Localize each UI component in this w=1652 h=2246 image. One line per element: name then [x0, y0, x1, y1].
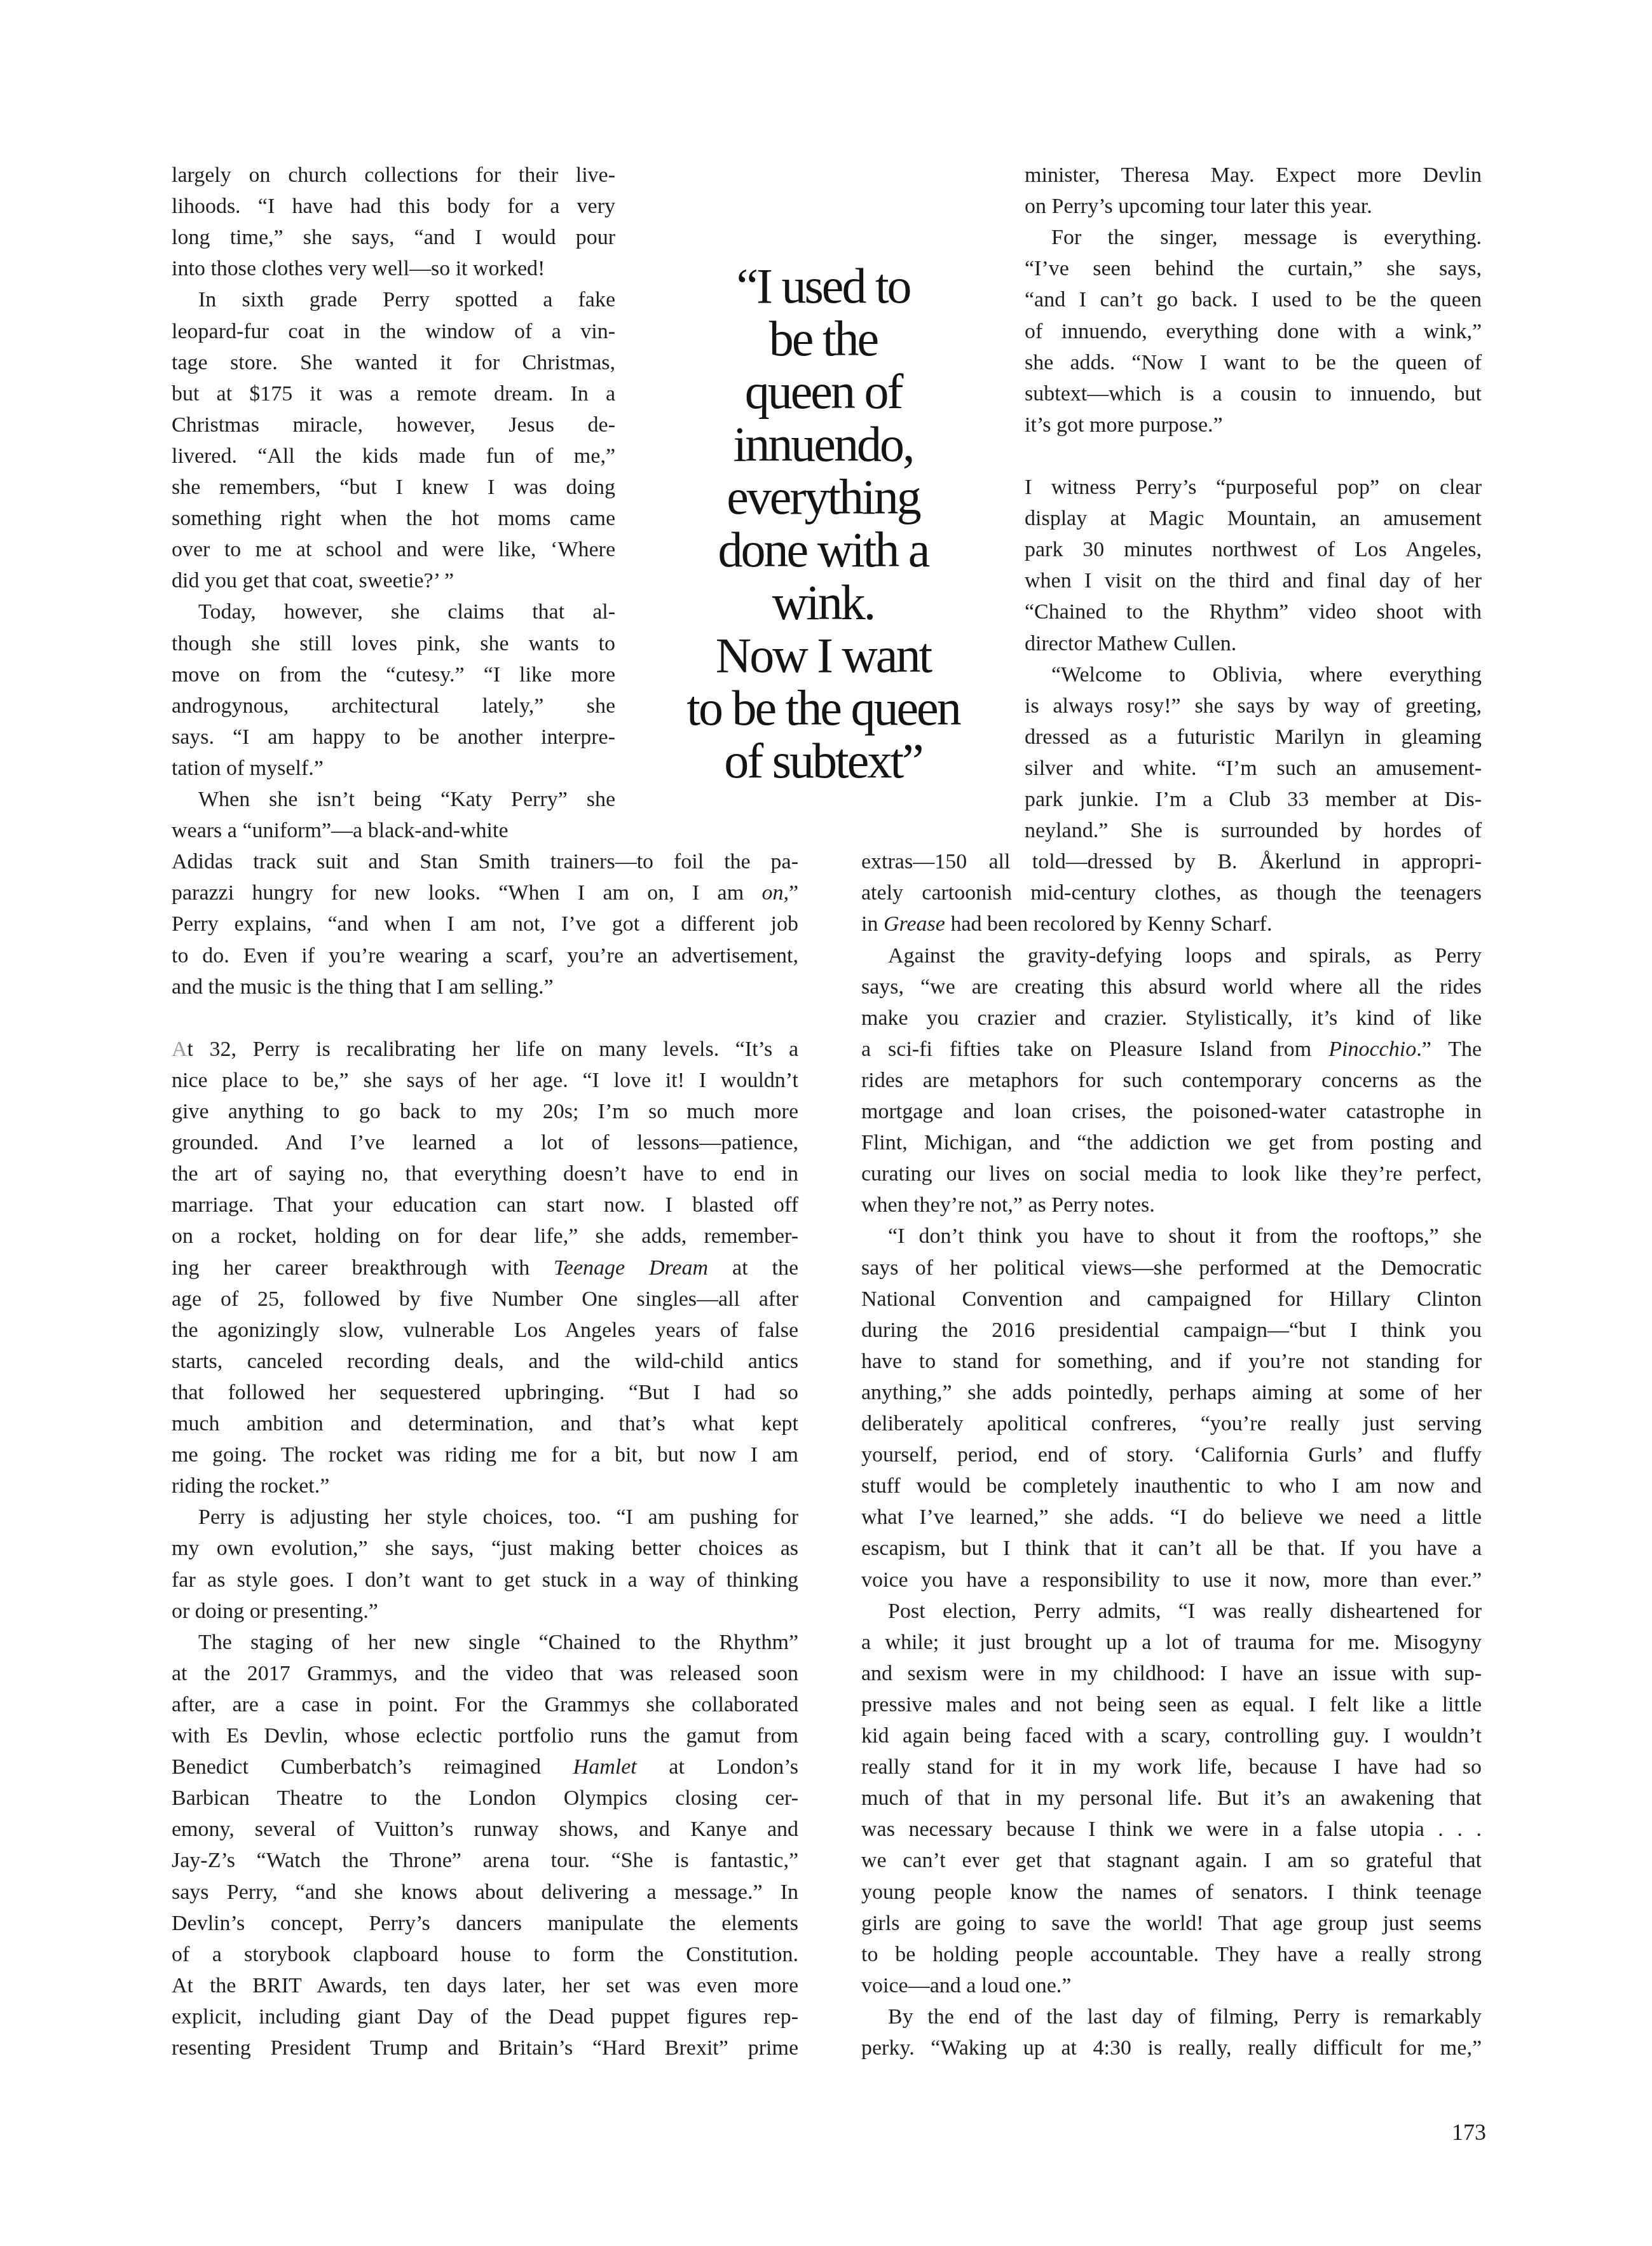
text-line: says. “I am happy to be another interpre…: [172, 725, 615, 756]
text-line: Benedict Cumberbatch’s reimagined Hamlet…: [172, 1755, 798, 1786]
text-line: on Perry’s upcoming tour later this year…: [1025, 194, 1482, 225]
text-line: and sexism were in my childhood: I have …: [861, 1661, 1482, 1692]
text-line: largely on church collections for their …: [172, 163, 615, 194]
text-line: really stand for it in my work life, bec…: [861, 1755, 1482, 1786]
text-line: lihoods. “I have had this body for a ver…: [172, 194, 615, 225]
text-line: my own evolution,” she says, “just makin…: [172, 1536, 798, 1567]
text-line: director Mathew Cullen.: [1025, 631, 1482, 662]
text-line: when they’re not,” as Perry notes.: [861, 1193, 1482, 1224]
pull-quote-line: of subtext”: [674, 734, 973, 787]
text-line: pressive males and not being seen as equ…: [861, 1692, 1482, 1723]
text-line: In sixth grade Perry spotted a fake: [172, 287, 615, 318]
text-line: or doing or presenting.”: [172, 1599, 798, 1630]
text-line: ing her career breakthrough with Teenage…: [172, 1256, 798, 1287]
text-line: tage store. She wanted it for Christmas,: [172, 350, 615, 381]
text-line: with Es Devlin, whose eclectic portfolio…: [172, 1723, 798, 1755]
text-line: and the music is the thing that I am sel…: [172, 975, 798, 1006]
text-line: National Convention and campaigned for H…: [861, 1287, 1482, 1318]
text-line: it’s got more purpose.”: [1025, 413, 1482, 444]
text-line: says of her political views—she performe…: [861, 1256, 1482, 1287]
text-line: but at $175 it was a remote dream. In a: [172, 381, 615, 413]
pull-quote-line: “I used to: [674, 259, 973, 312]
text-line: Flint, Michigan, and “the addiction we g…: [861, 1130, 1482, 1161]
text-line: For the singer, message is everything.: [1025, 225, 1482, 256]
text-line: Perry explains, “and when I am not, I’ve…: [172, 912, 798, 943]
text-line: When she isn’t being “Katy Perry” she: [172, 787, 615, 818]
text-line: a sci-fi fifties take on Pleasure Island…: [861, 1037, 1482, 1068]
text-line: I witness Perry’s “purposeful pop” on cl…: [1025, 475, 1482, 506]
text-line: over to me at school and were like, ‘Whe…: [172, 537, 615, 568]
text-line: much ambition and determination, and tha…: [172, 1411, 798, 1442]
text-line: stuff would be completely inauthentic to…: [861, 1474, 1482, 1505]
text-line: resenting President Trump and Britain’s …: [172, 2036, 798, 2067]
text-line: subtext—which is a cousin to innuendo, b…: [1025, 381, 1482, 413]
text-line: says Perry, “and she knows about deliver…: [172, 1880, 798, 1911]
text-line: have to stand for something, and if you’…: [861, 1349, 1482, 1380]
text-line: extras—150 all told—dressed by B. Åkerlu…: [861, 849, 1482, 880]
text-line: much of that in my personal life. But it…: [861, 1786, 1482, 1817]
text-line: starts, canceled recording deals, and th…: [172, 1349, 798, 1380]
text-line: though she still loves pink, she wants t…: [172, 631, 615, 662]
text-line: Jay-Z’s “Watch the Throne” arena tour. “…: [172, 1848, 798, 1879]
text-line: in Grease had been recolored by Kenny Sc…: [861, 912, 1482, 943]
text-line: Devlin’s concept, Perry’s dancers manipu…: [172, 1911, 798, 1942]
text-line: The staging of her new single “Chained t…: [172, 1630, 798, 1661]
text-line: Barbican Theatre to the London Olympics …: [172, 1786, 798, 1817]
text-line: Perry is adjusting her style choices, to…: [172, 1505, 798, 1536]
text-line: ately cartoonish mid-century clothes, as…: [861, 880, 1482, 912]
text-line: explicit, including giant Day of the Dea…: [172, 2004, 798, 2036]
text-line: dressed as a futuristic Marilyn in gleam…: [1025, 725, 1482, 756]
text-line: Today, however, she claims that al-: [172, 599, 615, 631]
text-line: livered. “All the kids made fun of me,”: [172, 444, 615, 475]
text-line: of a storybook clapboard house to form t…: [172, 1942, 798, 1973]
text-line: was necessary because I think we were in…: [861, 1817, 1482, 1848]
text-line: Post election, Perry admits, “I was real…: [861, 1599, 1482, 1630]
magazine-page: largely on church collections for their …: [0, 0, 1652, 2246]
text-line: grounded. And I’ve learned a lot of less…: [172, 1130, 798, 1161]
pull-quote-line: to be the queen: [674, 681, 973, 734]
text-line: girls are going to save the world! That …: [861, 1911, 1482, 1942]
text-line: Christmas miracle, however, Jesus de-: [172, 413, 615, 444]
text-line: during the 2016 presidential campaign—“b…: [861, 1318, 1482, 1349]
pull-quote-line: wink.: [674, 576, 973, 629]
text-line: that followed her sequestered upbringing…: [172, 1380, 798, 1411]
text-line: the art of saying no, that everything do…: [172, 1161, 798, 1193]
text-line: nice place to be,” she says of her age. …: [172, 1068, 798, 1099]
text-line: riding the rocket.”: [172, 1474, 798, 1505]
pull-quote-line: innuendo,: [674, 418, 973, 470]
text-line: “I’ve seen behind the curtain,” she says…: [1025, 256, 1482, 287]
text-line: is always rosy!” she says by way of gree…: [1025, 694, 1482, 725]
text-line: make you crazier and crazier. Stylistica…: [861, 1006, 1482, 1037]
text-line: the agonizingly slow, vulnerable Los Ang…: [172, 1318, 798, 1349]
text-line: leopard-fur coat in the window of a vin-: [172, 319, 615, 350]
text-line: Against the gravity-defying loops and sp…: [861, 943, 1482, 975]
text-line: perky. “Waking up at 4:30 is really, rea…: [861, 2036, 1482, 2067]
text-line: marriage. That your education can start …: [172, 1193, 798, 1224]
text-line: something right when the hot moms came: [172, 506, 615, 537]
text-line: she remembers, “but I knew I was doing: [172, 475, 615, 506]
text-line: me going. The rocket was riding me for a…: [172, 1442, 798, 1474]
text-line: parazzi hungry for new looks. “When I am…: [172, 880, 798, 912]
text-line: park junkie. I’m a Club 33 member at Dis…: [1025, 787, 1482, 818]
text-line: to do. Even if you’re wearing a scarf, y…: [172, 943, 798, 975]
text-line: Adidas track suit and Stan Smith trainer…: [172, 849, 798, 880]
text-line: to be holding people accountable. They h…: [861, 1942, 1482, 1973]
text-line: At the BRIT Awards, ten days later, her …: [172, 1973, 798, 2004]
text-line: kid again being faced with a scary, cont…: [861, 1723, 1482, 1755]
text-line: park 30 minutes northwest of Los Angeles…: [1025, 537, 1482, 568]
text-line: display at Magic Mountain, an amusement: [1025, 506, 1482, 537]
text-line: deliberately apolitical confreres, “you’…: [861, 1411, 1482, 1442]
text-line: at the 2017 Grammys, and the video that …: [172, 1661, 798, 1692]
text-line: into those clothes very well—so it worke…: [172, 256, 615, 287]
text-line: “Chained to the Rhythm” video shoot with: [1025, 599, 1482, 631]
text-line: wears a “uniform”—a black-and-white: [172, 818, 615, 849]
pull-quote-line: everything: [674, 470, 973, 523]
text-line: escapism, but I think that it can’t all …: [861, 1536, 1482, 1567]
text-line: “I don’t think you have to shout it from…: [861, 1224, 1482, 1255]
text-line: far as style goes. I don’t want to get s…: [172, 1568, 798, 1599]
pull-quote-line: Now I want: [674, 629, 973, 681]
text-line: rides are metaphors for such contemporar…: [861, 1068, 1482, 1099]
page-number: 173: [1452, 2118, 1486, 2146]
text-line: move on from the “cutesy.” “I like more: [172, 662, 615, 694]
pull-quote: “I used tobe thequeen ofinnuendo,everyth…: [674, 259, 973, 787]
text-line: age of 25, followed by five Number One s…: [172, 1287, 798, 1318]
text-line: yourself, period, end of story. ‘Califor…: [861, 1442, 1482, 1474]
text-line: a while; it just brought up a lot of tra…: [861, 1630, 1482, 1661]
pull-quote-line: done with a: [674, 523, 973, 576]
text-line: voice you have a responsibility to use i…: [861, 1568, 1482, 1599]
text-line: tation of myself.”: [172, 756, 615, 787]
text-line: voice—and a loud one.”: [861, 1973, 1482, 2004]
text-line: silver and white. “I’m such an amusement…: [1025, 756, 1482, 787]
text-line: after, are a case in point. For the Gram…: [172, 1692, 798, 1723]
text-line: young people know the names of senators.…: [861, 1880, 1482, 1911]
text-line: “Welcome to Oblivia, where everything: [1025, 662, 1482, 694]
text-line: “and I can’t go back. I used to be the q…: [1025, 287, 1482, 318]
text-line: mortgage and loan crises, the poisoned-w…: [861, 1099, 1482, 1130]
text-line: says, “we are creating this absurd world…: [861, 975, 1482, 1006]
text-line: neyland.” She is surrounded by hordes of: [1025, 818, 1482, 849]
text-line: androgynous, architectural lately,” she: [172, 694, 615, 725]
pull-quote-line: be the: [674, 312, 973, 365]
text-line: we can’t ever get that stagnant again. I…: [861, 1848, 1482, 1879]
text-line: on a rocket, holding on for dear life,” …: [172, 1224, 798, 1255]
text-line: By the end of the last day of filming, P…: [861, 2004, 1482, 2036]
pull-quote-line: queen of: [674, 365, 973, 418]
text-line: she adds. “Now I want to be the queen of: [1025, 350, 1482, 381]
text-line: curating our lives on social media to lo…: [861, 1161, 1482, 1193]
text-line: of innuendo, everything done with a wink…: [1025, 319, 1482, 350]
text-line: long time,” she says, “and I would pour: [172, 225, 615, 256]
text-line: when I visit on the third and final day …: [1025, 568, 1482, 599]
text-line: what I’ve learned,” she adds. “I do beli…: [861, 1505, 1482, 1536]
text-line: minister, Theresa May. Expect more Devli…: [1025, 163, 1482, 194]
text-line: anything,” she adds pointedly, perhaps a…: [861, 1380, 1482, 1411]
text-line: did you get that coat, sweetie?’ ”: [172, 568, 615, 599]
text-line: At 32, Perry is recalibrating her life o…: [172, 1037, 798, 1068]
text-line: give anything to go back to my 20s; I’m …: [172, 1099, 798, 1130]
text-line: emony, several of Vuitton’s runway shows…: [172, 1817, 798, 1848]
